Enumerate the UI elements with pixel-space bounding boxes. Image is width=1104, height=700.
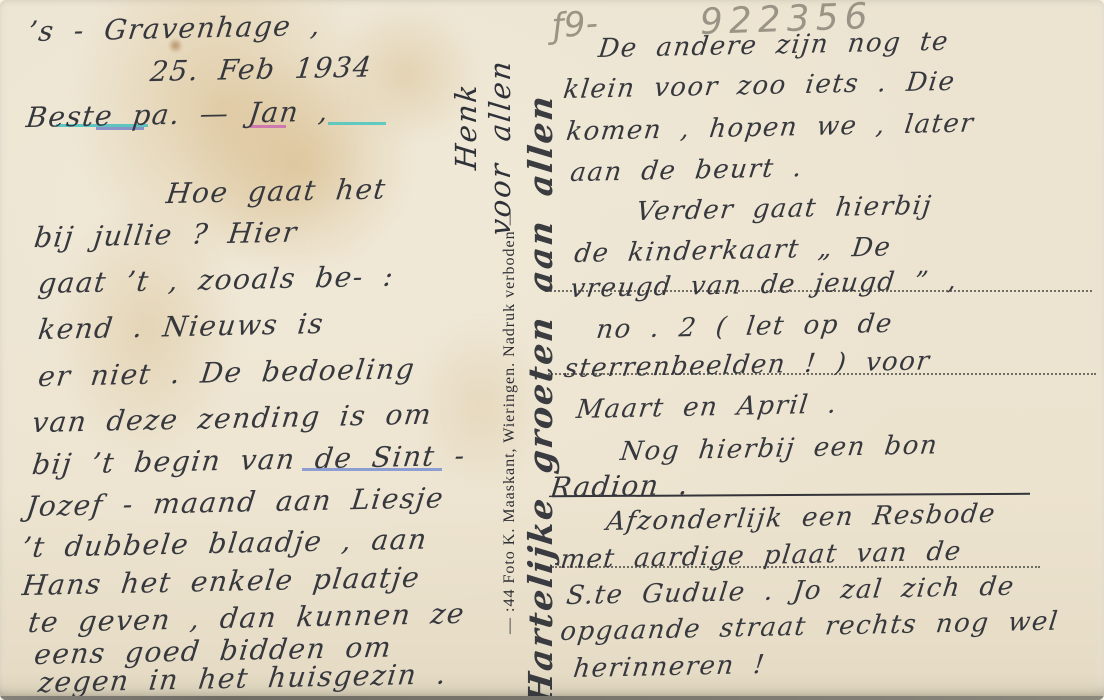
pencil-price-mark: ƒ9- xyxy=(551,6,599,43)
handwritten-line: gaat ’t , zooals be- : xyxy=(37,263,396,299)
vertical-second-line: voor allen xyxy=(486,58,515,237)
handwritten-line: te geven , dan kunnen ze xyxy=(27,600,467,637)
handwritten-line: kend . Nieuws is xyxy=(37,310,326,344)
handwritten-line: klein voor zoo iets . Die xyxy=(562,69,957,103)
handwritten-line: Hans het enkele plaatje xyxy=(21,564,422,600)
handwritten-line: sterrenbeelden ! ) voor xyxy=(563,348,932,382)
handwritten-line: S.te Gudule . Jo zal zich de xyxy=(565,574,1016,609)
scan-artifact xyxy=(328,122,386,125)
handwritten-line: bij jullie ? Hier xyxy=(33,218,300,252)
vertical-closing-line: Hartelijke groeten aan allen xyxy=(524,93,557,700)
handwritten-line: Jozef - maand aan Liesje xyxy=(25,484,446,521)
handwritten-line: opgaande straat rechts nog wel xyxy=(559,609,1060,646)
handwritten-line: Radion . xyxy=(549,471,691,502)
handwritten-line: de kinderkaart „ De xyxy=(573,234,893,267)
printed-credit-line: — :44 Foto K. Maaskant, Wieringen. Nadru… xyxy=(502,208,518,634)
handwritten-line: komen , hopen we , later xyxy=(565,110,976,145)
signature: Henk xyxy=(452,81,481,171)
handwritten-line: zegen in het huisgezin . xyxy=(37,660,449,697)
salutation-line: Beste pa. — Jan , xyxy=(25,98,331,132)
handwritten-line: Verder gaat hierbij xyxy=(635,193,934,225)
handwritten-line: van deze zending is om xyxy=(31,401,434,437)
scan-edge xyxy=(0,696,1104,700)
handwritten-line: vreugd van de jeugd ” , xyxy=(569,268,959,302)
handwritten-line: Nog hierbij een bon xyxy=(619,432,940,465)
place-line: ’s - Gravenhage , xyxy=(27,12,323,46)
handwritten-line: aan de beurt . xyxy=(569,155,805,186)
handwritten-line: er niet . De bedoeling xyxy=(37,355,417,391)
handwritten-line: ’t dubbele blaadje , aan xyxy=(21,526,430,563)
handwritten-line: Hoe gaat het xyxy=(165,175,388,208)
handwritten-line: no . 2 ( let op de xyxy=(595,311,894,343)
handwritten-line: herinneren ! xyxy=(572,652,767,682)
handwritten-line: Afzonderlijk een Resbode xyxy=(605,501,998,535)
postcard-back: ƒ9- 922356 ’s - Gravenhage , 25. Feb 193… xyxy=(0,0,1104,700)
handwritten-line: Maart en April . xyxy=(575,392,839,424)
handwritten-line: De andere zijn nog te xyxy=(597,29,951,62)
date-line: 25. Feb 1934 xyxy=(149,53,374,86)
handwritten-line: bij ’t begin van de Sint - xyxy=(31,442,468,479)
